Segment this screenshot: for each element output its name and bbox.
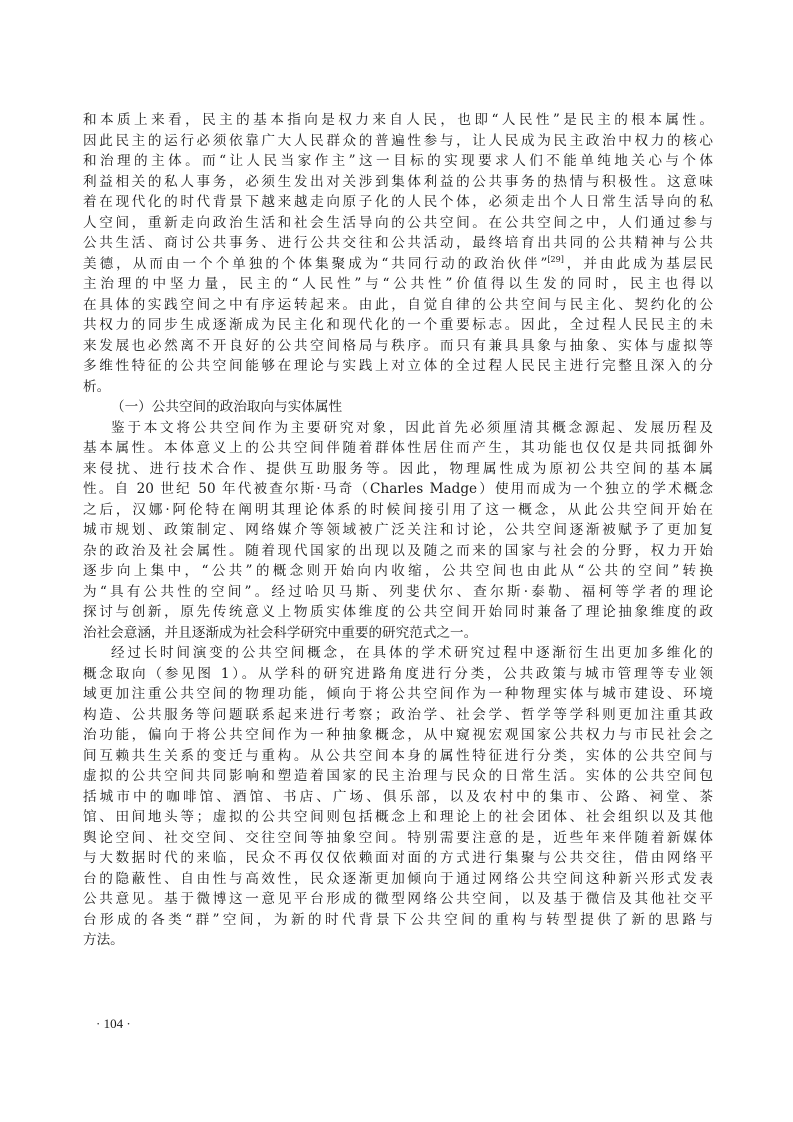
section-heading-text: （一）公共空间的政治取向与实体属性 [83, 397, 713, 418]
text-segment: ，并由此成为基层民 [564, 256, 713, 272]
text-line: 馆、田间地头等；虚拟的公共空间则包括概念上和理论上的社会团体、社会组织以及其他 [83, 807, 713, 828]
text-line: 公共生活、商讨公共事务、进行公共交往和公共活动，最终培育出共同的公共精神与公共 [83, 233, 713, 254]
text-line: 经过长时间演变的公共空间概念，在具体的学术研究过程中逐渐衍生出更加多维化的 [83, 643, 713, 664]
text-line: 利益相关的私人事务，必须生发出对关涉到集体利益的公共事务的热情与积极性。这意味 [83, 172, 713, 193]
text-line: 方法。 [83, 930, 713, 951]
text-line: 之后，汉娜·阿伦特在阐明其理论体系的时候间接引用了这一概念，从此公共空间开始在 [83, 500, 713, 521]
text-line: 舆论空间、社交空间、交往空间等抽象空间。特别需要注意的是，近些年来伴随着新媒体 [83, 828, 713, 849]
text-line: 城市规划、政策制定、网络媒介等领域被广泛关注和讨论，公共空间逐渐被赋予了更加复 [83, 520, 713, 541]
text-line: 逐步向上集中，“公共”的概念则开始向内收缩，公共空间也由此从“公共的空间”转换 [83, 561, 713, 582]
text-line: 析。 [83, 377, 713, 398]
text-line: 主治理的中坚力量，民主的“人民性”与“公共性”价值得以生发的同时，民主也得以 [83, 274, 713, 295]
text-line: 与大数据时代的来临，民众不再仅仅依赖面对面的方式进行集聚与公共交往，借由网络平 [83, 848, 713, 869]
text-line: 鉴于本文将公共空间作为主要研究对象，因此首先必须厘清其概念源起、发展历程及 [83, 418, 713, 439]
text-line: 因此民主的运行必须依靠广大人民群众的普遍性参与，让人民成为民主政治中权力的核心 [83, 131, 713, 152]
paragraph-2: 鉴于本文将公共空间作为主要研究对象，因此首先必须厘清其概念源起、发展历程及 基本… [83, 418, 713, 644]
text-line: 治社会意涵，并且逐渐成为社会科学研究中重要的研究范式之一。 [83, 623, 713, 644]
text-line: 来发展也必然离不开良好的公共空间格局与秩序。而只有兼具具象与抽象、实体与虚拟等 [83, 336, 713, 357]
text-line: 为“具有公共性的空间”。经过哈贝马斯、列斐伏尔、查尔斯·泰勒、福柯等学者的理论 [83, 582, 713, 603]
text-line: 来侵扰、进行技术合作、提供互助服务等。因此，物理属性成为原初公共空间的基本属 [83, 459, 713, 480]
text-line: 治功能，偏向于将公共空间作为一种抽象概念，从中窥视宏观国家公共权力与市民社会之 [83, 725, 713, 746]
text-segment: 美德，从而由一个个单独的个体集聚成为“共同行动的政治伙伴” [83, 256, 547, 272]
text-line: 台形成的各类“群”空间，为新的时代背景下公共空间的重构与转型提供了新的思路与 [83, 910, 713, 931]
article-body: 和本质上来看，民主的基本指向是权力来自人民，也即“人民性”是民主的根本属性。 因… [83, 110, 713, 951]
text-line: 虚拟的公共空间共同影响和塑造着国家的民主治理与民众的日常生活。实体的公共空间包 [83, 766, 713, 787]
text-line: 探讨与创新，原先传统意义上物质实体维度的公共空间开始同时兼备了理论抽象维度的政 [83, 602, 713, 623]
text-line: 概念取向（参见图 1）。从学科的研究进路角度进行分类，公共政策与城市管理等专业领 [83, 664, 713, 685]
text-line: 着在现代化的时代背景下越来越走向原子化的人民个体，必须走出个人日常生活导向的私 [83, 192, 713, 213]
text-line: 基本属性。本体意义上的公共空间伴随着群体性居住而产生，其功能也仅仅是共同抵御外 [83, 438, 713, 459]
text-line: 间互赖共生关系的变迁与重构。从公共空间本身的属性特征进行分类，实体的公共空间与 [83, 746, 713, 767]
text-line: 域更加注重公共空间的物理功能，倾向于将公共空间作为一种物理实体与城市建设、环境 [83, 684, 713, 705]
page-number: · 104 · [96, 1016, 131, 1032]
text-line: 公共意见。基于微博这一意见平台形成的微型网络公共空间，以及基于微信及其他社交平 [83, 889, 713, 910]
paragraph-3: 经过长时间演变的公共空间概念，在具体的学术研究过程中逐渐衍生出更加多维化的 概念… [83, 643, 713, 951]
text-line: 多维性特征的公共空间能够在理论与实践上对立体的全过程人民民主进行完整且深入的分 [83, 356, 713, 377]
text-line: 在具体的实践空间之中有序运转起来。由此，自觉自律的公共空间与民主化、契约化的公 [83, 295, 713, 316]
text-line: 杂的政治及社会属性。随着现代国家的出现以及随之而来的国家与社会的分野，权力开始 [83, 541, 713, 562]
text-line-with-citation: 美德，从而由一个个单独的个体集聚成为“共同行动的政治伙伴”[29]，并由此成为基… [83, 254, 713, 275]
text-line: 和治理的主体。而“让人民当家作主”这一目标的实现要求人们不能单纯地关心与个体 [83, 151, 713, 172]
text-line: 性。自 20 世纪 50 年代被查尔斯·马奇（Charles Madge）使用而… [83, 479, 713, 500]
text-line: 共权力的同步生成逐渐成为民主化和现代化的一个重要标志。因此，全过程人民民主的未 [83, 315, 713, 336]
text-line: 人空间，重新走向政治生活和社会生活导向的公共空间。在公共空间之中，人们通过参与 [83, 213, 713, 234]
text-line: 和本质上来看，民主的基本指向是权力来自人民，也即“人民性”是民主的根本属性。 [83, 110, 713, 131]
text-line: 构造、公共服务等问题联系起来进行考察；政治学、社会学、哲学等学科则更加注重其政 [83, 705, 713, 726]
section-heading: （一）公共空间的政治取向与实体属性 [83, 397, 713, 418]
paragraph-1: 和本质上来看，民主的基本指向是权力来自人民，也即“人民性”是民主的根本属性。 因… [83, 110, 713, 397]
citation-reference: [29] [547, 255, 563, 264]
text-line: 括城市中的咖啡馆、酒馆、书店、广场、俱乐部，以及农村中的集市、公路、祠堂、茶 [83, 787, 713, 808]
text-line: 台的隐蔽性、自由性与高效性，民众逐渐更加倾向于通过网络公共空间这种新兴形式发表 [83, 869, 713, 890]
